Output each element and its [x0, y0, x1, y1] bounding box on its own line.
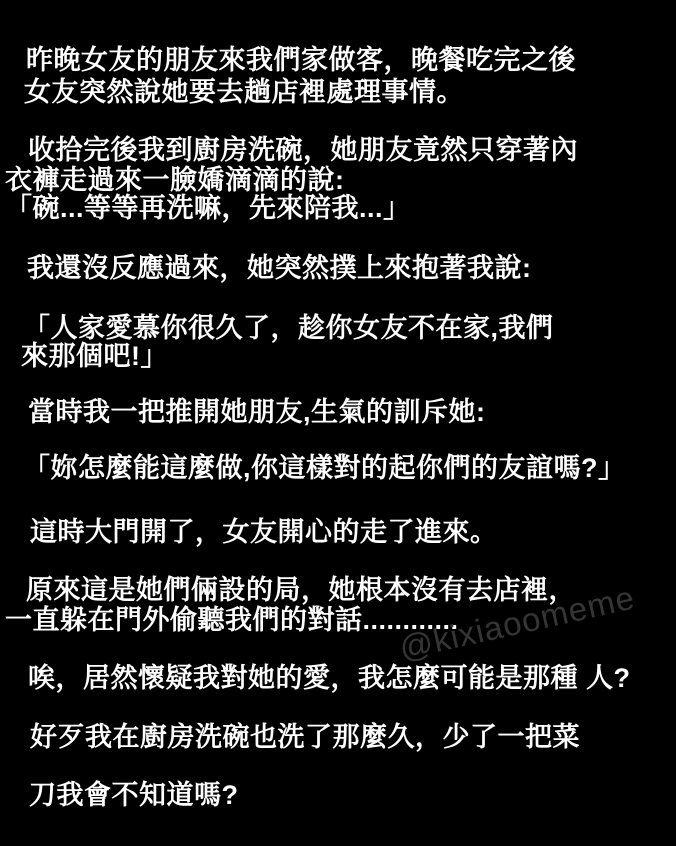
story-line-14: 唉，居然懷疑我對她的愛，我怎麼可能是那種 人? [28, 662, 631, 694]
story-text-image: 昨晚女友的朋友來我們家做客，晚餐吃完之後 女友突然說她要去趟店裡處理事情。 收拾… [0, 0, 676, 846]
story-line-8: 來那個吧!」 [21, 340, 168, 372]
story-line-5: 「碗...等等再洗嘛，先來陪我...」 [5, 192, 411, 224]
story-line-6: 我還沒反應過來，她突然撲上來抱著我說: [27, 252, 532, 284]
story-line-1: 昨晚女友的朋友來我們家做客，晚餐吃完之後 [26, 44, 576, 76]
story-line-9: 當時我一把推開她朋友,生氣的訓斥她: [28, 396, 486, 428]
story-line-11: 這時大門開了，女友開心的走了進來。 [30, 516, 498, 548]
story-line-12: 原來這是她們倆設的局，她根本沒有去店裡， [26, 574, 576, 606]
story-line-2: 女友突然說她要去趟店裡處理事情。 [24, 76, 464, 108]
story-line-10: 「妳怎麼能這麼做,你這樣對的起你們的友誼嗎?」 [23, 452, 626, 484]
story-line-16: 刀我會不知道嗎? [29, 779, 239, 811]
story-line-3: 收拾完後我到廚房洗碗，她朋友竟然只穿著內 [28, 134, 578, 166]
story-line-15: 好歹我在廚房洗碗也洗了那麼久，少了一把菜 [30, 721, 580, 753]
story-line-13: 一直躲在門外偷聽我們的對話............ [5, 604, 459, 636]
